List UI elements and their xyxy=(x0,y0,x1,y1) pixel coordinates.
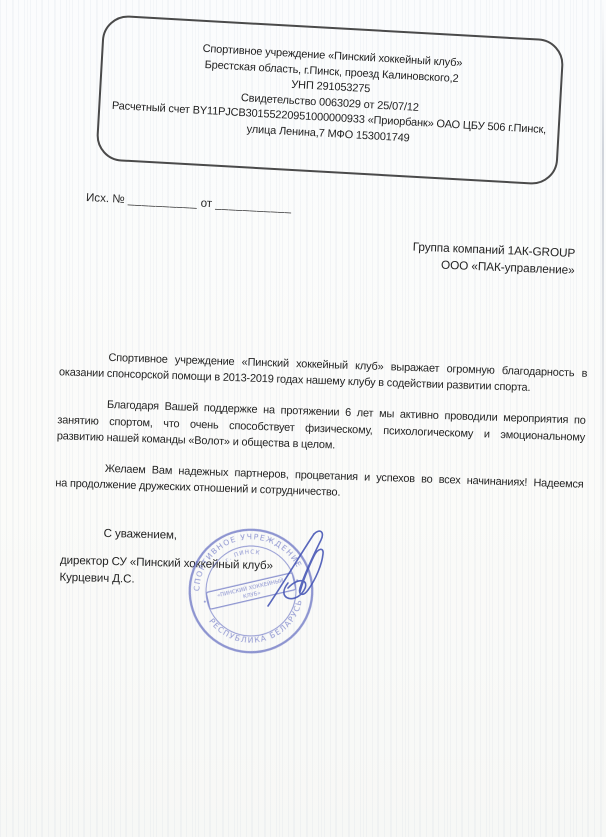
scanned-letter-page: Спортивное учреждение «Пинский хоккейный… xyxy=(0,0,606,837)
outgoing-number-label: Исх. № xyxy=(86,191,125,206)
pen-signature xyxy=(258,526,350,618)
paragraph-gratitude: Спортивное учреждение «Пинский хоккейный… xyxy=(59,348,588,398)
letterhead-box: Спортивное учреждение «Пинский хоккейный… xyxy=(95,14,564,186)
stamp-dot-left xyxy=(204,601,206,603)
outgoing-date-label: от xyxy=(200,197,212,211)
paragraph-wishes: Желаем Вам надежных партнеров, процветан… xyxy=(55,459,584,509)
outgoing-date-blank: ___________ xyxy=(215,197,292,214)
outgoing-number-blank: __________ xyxy=(128,193,198,209)
outgoing-number-line: Исх. № __________ от ___________ xyxy=(86,191,366,218)
recipient-block: Группа компаний 1АК-GROUP ООО «ПАК-управ… xyxy=(274,233,575,279)
signature-stroke xyxy=(300,531,324,594)
paragraph-support: Благодаря Вашей поддержке на протяжении … xyxy=(57,396,586,462)
scan-edge-artifact xyxy=(602,0,604,837)
stamp-arc-inner-text: г. ПИНСК xyxy=(223,547,262,565)
letter-body: Спортивное учреждение «Пинский хоккейный… xyxy=(55,348,588,524)
